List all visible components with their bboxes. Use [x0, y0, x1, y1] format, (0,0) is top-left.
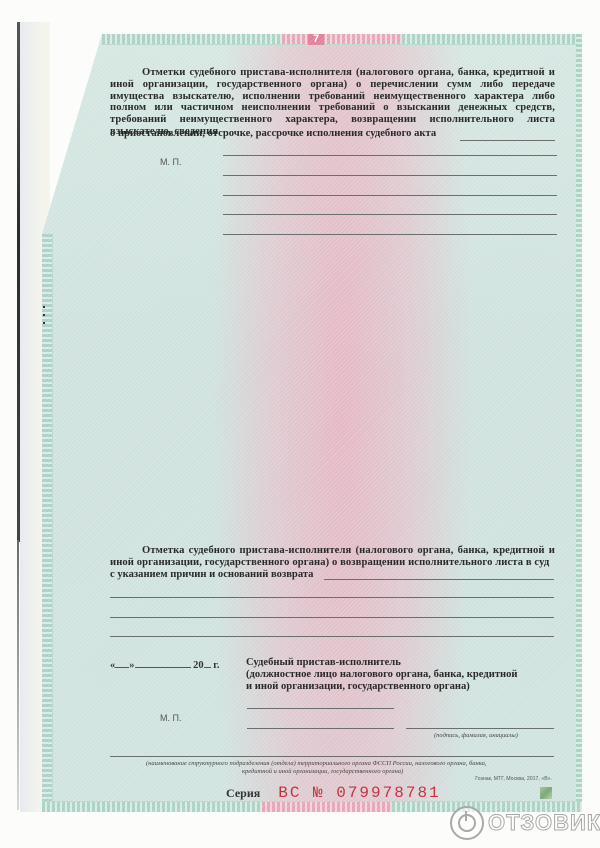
printer-info: Гознак, МТГ, Москва, 2017, «В».	[475, 776, 552, 782]
signature-line[interactable]	[406, 728, 554, 729]
guilloche-border-right	[576, 34, 582, 812]
section2-fill-line-0[interactable]	[324, 579, 554, 580]
stamp-placeholder-2: М. П.	[160, 713, 181, 723]
month-blank[interactable]	[135, 658, 191, 668]
scan-edge-shadow-lower	[17, 540, 19, 810]
department-line[interactable]	[110, 756, 554, 757]
section2-fill-line-2[interactable]	[110, 617, 554, 618]
otzovik-watermark: ОТЗОВИК	[450, 806, 600, 840]
section2-last-line-label: с указанием причин и оснований возврата	[110, 569, 313, 580]
writ-page: 7	[42, 34, 582, 812]
margin-marks	[43, 306, 45, 336]
power-logo-icon	[450, 806, 484, 840]
section1-fill-line-1[interactable]	[223, 155, 557, 156]
officer-subtitle-2: и иной организации, государственного орг…	[246, 681, 556, 693]
date-field: «» 20 г.	[110, 658, 219, 671]
stamp-placeholder-1: М. П.	[160, 157, 181, 167]
watermark-text: ОТЗОВИК	[488, 810, 600, 836]
section2-fill-line-1[interactable]	[110, 597, 554, 598]
section1-fill-line-5[interactable]	[223, 234, 557, 235]
officer-position-line[interactable]	[247, 708, 394, 709]
section2-paragraph: Отметка судебного пристава-исполнителя (…	[110, 545, 555, 569]
officer-block: Судебный пристав-исполнитель (должностно…	[246, 657, 556, 693]
officer-subtitle-1: (должностное лицо налогового органа, бан…	[246, 669, 556, 681]
section2-fill-line-3[interactable]	[110, 636, 554, 637]
section1-fill-line-4[interactable]	[223, 214, 557, 215]
signature-caption: (подпись, фамилия, инициалы)	[434, 732, 518, 739]
series-row: Серия ВС № 079978781	[226, 784, 441, 802]
section1-fill-line-0[interactable]	[460, 140, 555, 141]
year-blank[interactable]	[204, 658, 211, 668]
officer-name-line[interactable]	[247, 728, 394, 729]
year-suffix: г.	[213, 660, 219, 671]
guilloche-border-top	[102, 34, 582, 45]
year-prefix: 20	[193, 660, 204, 671]
series-label: Серия	[226, 786, 260, 800]
series-number: ВС № 079978781	[278, 784, 440, 802]
page-number: 7	[308, 33, 324, 45]
section1-fill-line-2[interactable]	[223, 175, 557, 176]
section1-last-line-label: о приостановлении, отсрочке, рассрочке и…	[110, 128, 436, 139]
department-caption-1: (наименование структурного подразделения…	[146, 760, 487, 767]
officer-title: Судебный пристав-исполнитель	[246, 657, 556, 669]
section1-fill-line-3[interactable]	[223, 195, 557, 196]
department-caption-2: кредитной и иной организации, государств…	[242, 768, 403, 775]
hologram-mark	[540, 787, 552, 799]
day-blank[interactable]	[115, 658, 129, 668]
section2-text: Отметка судебного пристава-исполнителя (…	[110, 545, 555, 569]
